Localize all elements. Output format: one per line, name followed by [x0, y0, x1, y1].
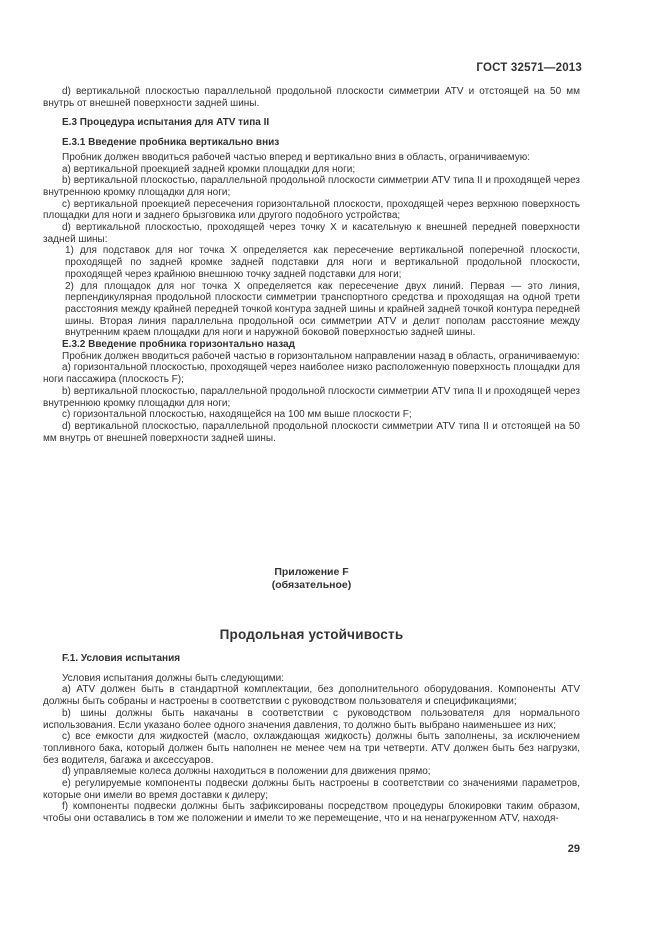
sub-paragraph: 1) для подставок для ног точка X определ…	[43, 245, 580, 280]
appendix-label: Приложение F	[43, 566, 580, 579]
paragraph: е) регулируемые компоненты подвески долж…	[43, 778, 580, 801]
section-heading: Е.3 Процедура испытания для ATV типа II	[43, 117, 580, 129]
paragraph: а) горизонтальной плоскостью, проходящей…	[43, 362, 580, 385]
section-heading: Е.3.2 Введение пробника горизонтально на…	[43, 339, 580, 351]
paragraph: b) вертикальной плоскостью, параллельной…	[43, 386, 580, 409]
document-header-standard-number: ГОСТ 32571—2013	[43, 62, 582, 74]
paragraph: с) горизонтальной плоскостью, находящейс…	[43, 409, 580, 421]
paragraph: Пробник должен вводиться рабочей частью …	[43, 152, 580, 164]
paragraph: d) вертикальной плоскостью, проходящей ч…	[43, 222, 580, 245]
section-heading: Е.3.1 Введение пробника вертикально вниз	[43, 137, 580, 149]
section-f1-content: F.1. Условия испытанияУсловия испытания …	[43, 653, 580, 825]
paragraph: а) ATV должен быть в стандартной комплек…	[43, 684, 580, 707]
paragraph: с) вертикальной проекцией пересечения го…	[43, 199, 580, 222]
section-heading: F.1. Условия испытания	[43, 653, 580, 665]
paragraph: d) управляемые колеса должны находиться …	[43, 766, 580, 778]
paragraph: d) вертикальной плоскостью параллельной …	[43, 86, 580, 109]
paragraph: с) все емкости для жидкостей (масло, охл…	[43, 731, 580, 766]
sub-paragraph: 2) для площадок для ног точка X определя…	[43, 281, 580, 340]
document-page: ГОСТ 32571—2013 d) вертикальной плоскост…	[0, 0, 661, 935]
document-title: Продольная устойчивость	[43, 627, 580, 643]
section-e3-content: d) вертикальной плоскостью параллельной …	[43, 86, 580, 444]
paragraph: а) вертикальной проекцией задней кромки …	[43, 164, 580, 176]
paragraph: f) компоненты подвески должны быть зафик…	[43, 801, 580, 824]
paragraph: Пробник должен вводиться рабочей частью …	[43, 351, 580, 363]
paragraph: d) вертикальной плоскостью, параллельной…	[43, 421, 580, 444]
appendix-note: (обязательное)	[43, 579, 580, 592]
paragraph: b) шины должны быть накачаны в соответст…	[43, 708, 580, 731]
appendix-heading: Приложение F (обязательное)	[43, 566, 580, 592]
paragraph: Условия испытания должны быть следующими…	[43, 673, 580, 685]
paragraph: b) вертикальной плоскостью, параллельной…	[43, 175, 580, 198]
page-number: 29	[43, 843, 580, 855]
